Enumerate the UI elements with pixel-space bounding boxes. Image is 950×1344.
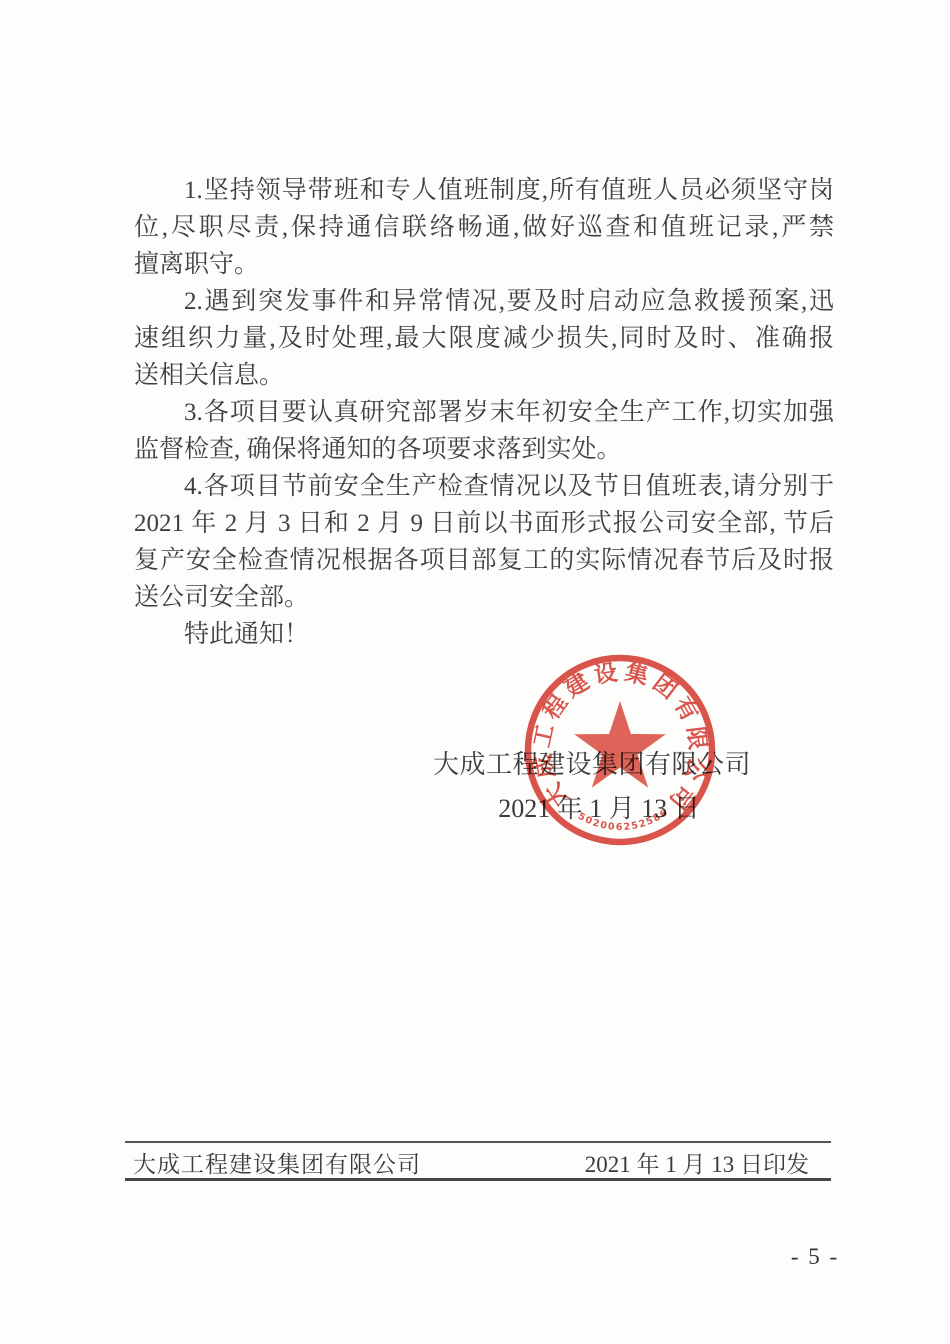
body-line: 1.坚持领导带班和专人值班制度,所有值班人员必须坚守岗 [134,172,834,209]
footer: 大成工程建设集团有限公司 2021 年 1 月 13 日印发 [125,1146,831,1179]
body-line: 3.各项目要认真研究部署岁末年初安全生产工作,切实加强 [134,394,834,431]
footer-rule-top [125,1141,831,1143]
footer-issuer: 大成工程建设集团有限公司 [125,1146,421,1179]
body-line: 监督检查, 确保将通知的各项要求落到实处。 [134,431,834,468]
seal-star-icon [574,701,665,788]
body-line: 送公司安全部。 [134,579,834,616]
footer-print-date: 2021 年 1 月 13 日印发 [585,1146,831,1179]
body-line: 送相关信息。 [134,357,834,394]
body-line: 位,尽职尽责,保持通信联络畅通,做好巡查和值班记录,严禁 [134,209,834,246]
footer-rule-bottom [125,1178,831,1181]
page-number: - 5 - [770,1244,860,1270]
body-line: 2021 年 2 月 3 日和 2 月 9 日前以书面形式报公司安全部, 节后 [134,505,834,542]
body-line: 速组织力量,及时处理,最大限度减少损失,同时及时、准确报 [134,320,834,357]
scanned-notice-page: 1.坚持领导带班和专人值班制度,所有值班人员必须坚守岗 位,尽职尽责,保持通信联… [0,0,950,1344]
body-line: 2.遇到突发事件和异常情况,要及时启动应急救援预案,迅 [134,283,834,320]
company-seal-stamp: 大成工程建设集团有限公司 5020062525864 [505,635,735,865]
body-line: 4.各项目节前安全生产检查情况以及节日值班表,请分别于 [134,468,834,505]
body-line: 复产安全检查情况根据各项目部复工的实际情况春节后及时报 [134,542,834,579]
body-line: 擅离职守。 [134,246,834,283]
notice-body: 1.坚持领导带班和专人值班制度,所有值班人员必须坚守岗 位,尽职尽责,保持通信联… [134,172,834,653]
